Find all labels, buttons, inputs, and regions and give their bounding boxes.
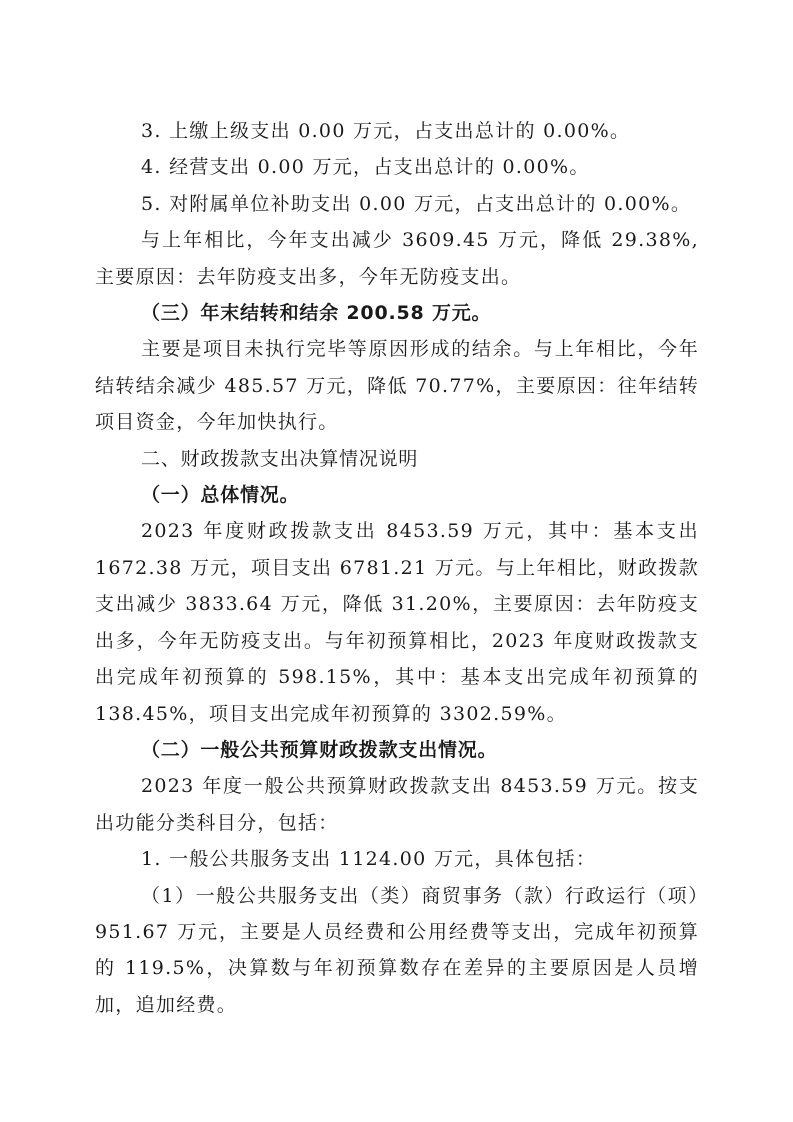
expense-yoy-paragraph: 与上年相比，今年支出减少 3609.45 万元，降低 29.38%, 主要原因：… (95, 222, 699, 295)
item-operating-expense: 4. 经营支出 0.00 万元，占支出总计的 0.00%。 (95, 149, 699, 185)
public-service-item: 1. 一般公共服务支出 1124.00 万元，具体包括： (95, 841, 699, 877)
overall-paragraph: 2023 年度财政拨款支出 8453.59 万元，其中：基本支出 1672.38… (95, 513, 699, 731)
carryover-paragraph: 主要是项目未执行完毕等原因形成的结余。与上年相比，今年结转结余减少 485.57… (95, 331, 699, 440)
document-page: 3. 上缴上级支出 0.00 万元，占支出总计的 0.00%。 4. 经营支出 … (95, 113, 699, 1023)
part-2-heading: 二、财政拨款支出决算情况说明 (95, 441, 699, 477)
overall-heading: （一）总体情况。 (95, 477, 699, 513)
general-budget-heading: （二）一般公共预算财政拨款支出情况。 (95, 732, 699, 768)
item-subsidiary-subsidy: 5. 对附属单位补助支出 0.00 万元，占支出总计的 0.00%。 (95, 186, 699, 222)
section-3-heading: （三）年末结转和结余 200.58 万元。 (95, 295, 699, 331)
general-budget-paragraph: 2023 年度一般公共预算财政拨款支出 8453.59 万元。按支出功能分类科目… (95, 768, 699, 841)
admin-operation-paragraph: （1）一般公共服务支出（类）商贸事务（款）行政运行（项）951.67 万元，主要… (95, 878, 699, 1024)
item-remit-to-superior: 3. 上缴上级支出 0.00 万元，占支出总计的 0.00%。 (95, 113, 699, 149)
